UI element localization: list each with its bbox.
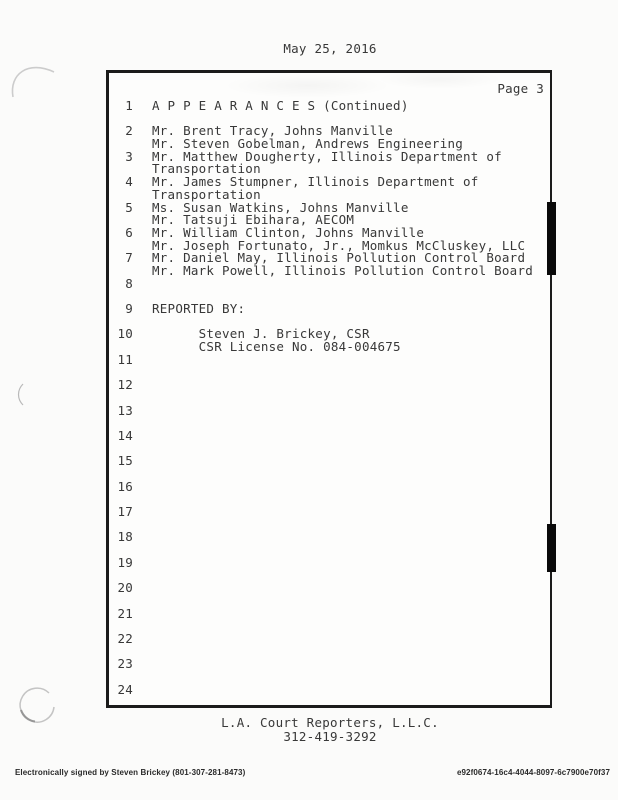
line-text: CSR License No. 084-004675 (152, 341, 401, 354)
line-number: 7 (109, 252, 133, 265)
scan-smudge-arc (12, 68, 54, 97)
line-number: 23 (109, 658, 133, 671)
transcript-row: 8 (109, 278, 550, 291)
footer-company: L.A. Court Reporters, L.L.C. (108, 716, 552, 730)
line-number: 17 (109, 506, 133, 519)
transcript-row (109, 544, 550, 557)
line-number: 6 (109, 227, 133, 240)
transcript-row (109, 468, 550, 481)
line-text: REPORTED BY: (152, 303, 245, 316)
transcript-row: 13 (109, 405, 550, 418)
transcript-row: 19 (109, 557, 550, 570)
line-number: 8 (109, 278, 133, 291)
transcript-row: 16 (109, 481, 550, 494)
transcript-row (109, 671, 550, 684)
transcript-row: 21 (109, 608, 550, 621)
transcript-row (109, 443, 550, 456)
transcript-row: 20 (109, 582, 550, 595)
transcript-sheet: Page 3 1A P P E A R A N C E S (Continued… (106, 70, 552, 708)
punch-hole-mark (20, 688, 54, 722)
line-number: 12 (109, 379, 133, 392)
electronic-signature-text: Electronically signed by Steven Brickey … (15, 768, 245, 777)
transcript-row: 14 (109, 430, 550, 443)
line-number: 2 (109, 125, 133, 138)
transcript-row: 1A P P E A R A N C E S (Continued) (109, 100, 550, 113)
line-text: A P P E A R A N C E S (Continued) (152, 100, 409, 113)
line-number: 9 (109, 303, 133, 316)
transcript-row (109, 595, 550, 608)
transcript-row: 23 (109, 658, 550, 671)
line-number: 16 (109, 481, 133, 494)
transcript-row: 18 (109, 531, 550, 544)
line-number: 4 (109, 176, 133, 189)
line-number: 19 (109, 557, 133, 570)
page-number-label: Page 3 (109, 73, 550, 95)
document-id-text: e92f0674-16c4-4044-8097-6c7900e70f37 (457, 768, 610, 777)
transcript-row (109, 417, 550, 430)
transcript-row: 17 (109, 506, 550, 519)
scan-bracket-mark (19, 384, 24, 405)
punch-hole-shadow (21, 710, 35, 722)
transcript-row (109, 569, 550, 582)
line-number: 21 (109, 608, 133, 621)
line-number: 5 (109, 202, 133, 215)
transcript-row (109, 392, 550, 405)
transcript-row (109, 646, 550, 659)
transcript-row: 9REPORTED BY: (109, 303, 550, 316)
bottom-strip: Electronically signed by Steven Brickey … (0, 765, 618, 779)
transcript-row: 12 (109, 379, 550, 392)
transcript-row: 11 (109, 354, 550, 367)
line-number: 15 (109, 455, 133, 468)
line-number: 3 (109, 151, 133, 164)
transcript-row (109, 620, 550, 633)
reporter-footer: L.A. Court Reporters, L.L.C. 312-419-329… (108, 716, 552, 743)
transcript-row (109, 493, 550, 506)
footer-phone: 312-419-3292 (108, 730, 552, 744)
line-number: 13 (109, 405, 133, 418)
binding-mark-bottom (547, 524, 556, 572)
date-header: May 25, 2016 (108, 42, 552, 56)
line-number: 1 (109, 100, 133, 113)
binding-mark-top (547, 202, 556, 275)
transcript-row: Mr. Mark Powell, Illinois Pollution Cont… (109, 265, 550, 278)
transcript-row (109, 519, 550, 532)
line-number: 14 (109, 430, 133, 443)
transcript-row (109, 366, 550, 379)
transcript-row: 22 (109, 633, 550, 646)
line-number: 10 (109, 328, 133, 341)
line-number: 20 (109, 582, 133, 595)
transcript-row: 15 (109, 455, 550, 468)
transcript-row: 24 (109, 684, 550, 697)
transcript-rows: 1A P P E A R A N C E S (Continued)2Mr. B… (109, 100, 550, 696)
line-number: 11 (109, 354, 133, 367)
line-number: 24 (109, 684, 133, 697)
scanned-transcript-page: { "colors": { "ink": "#383838", "border"… (0, 0, 618, 800)
line-number: 18 (109, 531, 133, 544)
line-number: 22 (109, 633, 133, 646)
transcript-row: CSR License No. 084-004675 (109, 341, 550, 354)
line-text: Mr. Mark Powell, Illinois Pollution Cont… (152, 265, 533, 278)
